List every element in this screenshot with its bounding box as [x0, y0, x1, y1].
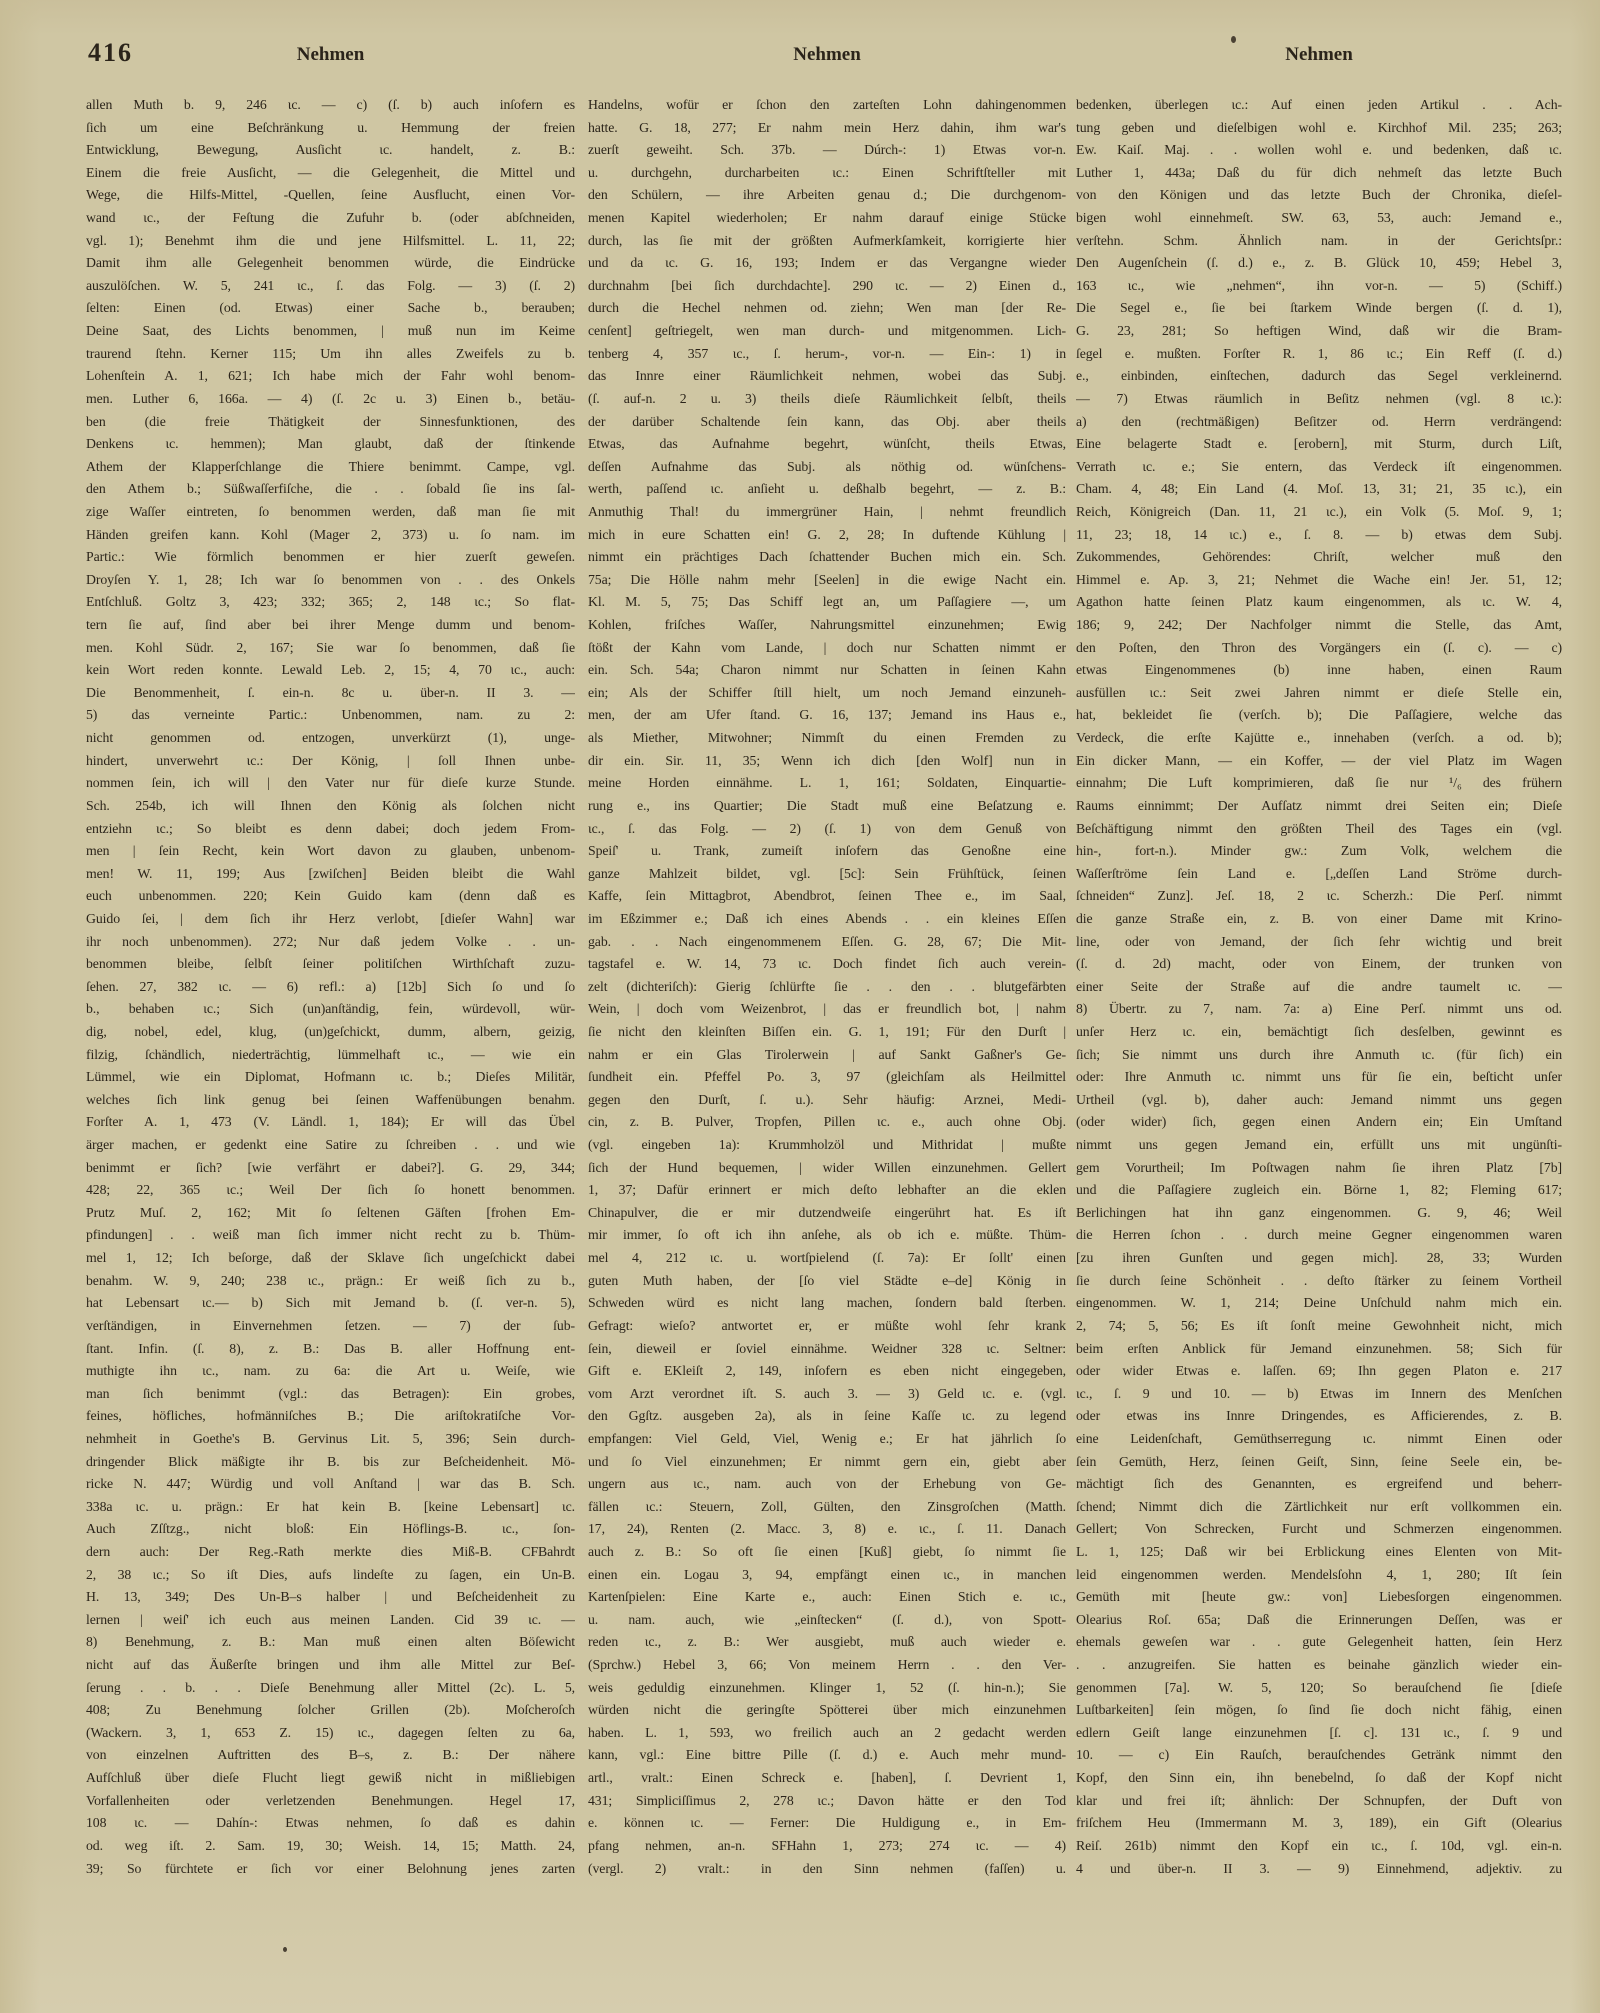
text-line: von den Königen und das letzte Buch der … [1076, 184, 1562, 207]
text-line: und die Paſſagiere zugleich ein. Börne 1… [1076, 1179, 1562, 1202]
text-line: welches ſich link genug bei ſeinen Waffe… [86, 1089, 575, 1112]
text-line: würden nicht die geringſte Spötterei übe… [588, 1699, 1066, 1722]
text-line: ſich; Sie nimmt uns durch ihre Anmuth ɩc… [1076, 1044, 1562, 1067]
text-line: ein; Als der Schiffer ſtill hielt, um no… [588, 682, 1066, 705]
text-line: mich in eure Schatten ein! G. 2, 28; In … [588, 524, 1066, 547]
text-line: 8) Benehmung, z. B.: Man muß einen alten… [86, 1631, 575, 1654]
text-line: Agathon hatte ſeinen Platz kaum eingenom… [1076, 591, 1562, 614]
text-line: men. Luther 6, 166a. — 4) (ſ. 2c u. 3) E… [86, 388, 575, 411]
text-line: Berlichingen hat ihn ganz eingenommen. G… [1076, 1202, 1562, 1225]
running-head-column-3: Nehmen [1076, 44, 1562, 66]
text-line: mel 4, 212 ɩc. u. wortſpielend (ſ. 7a): … [588, 1247, 1066, 1270]
text-line: mir immer, ſo oft ich ihn anſehe, als ob… [588, 1224, 1066, 1247]
text-line: edlern Geiſt lange einzunehmen [ſ. c]. 1… [1076, 1722, 1562, 1745]
text-line: oder wider Etwas e. laſſen. 69; Ihn gege… [1076, 1360, 1562, 1383]
running-head-column-1: Nehmen [86, 44, 575, 66]
text-line: dern auch: Der Reg.-Rath merkte dies Miß… [86, 1541, 575, 1564]
text-line: durch, las ſie mit der größten Aufmerkſa… [588, 230, 1066, 253]
text-line: Wein, | doch vom Weizenbrot, | das er fr… [588, 998, 1066, 1021]
text-line: G. 23, 281; So heftigen Wind, daß wir di… [1076, 320, 1562, 343]
text-line: vom Arzt verordnet iſt. S. auch 3. — 3) … [588, 1383, 1066, 1406]
text-line: meine Horden einnähme. L. 1, 161; Soldat… [588, 772, 1066, 795]
text-line: 2, 38 ɩc.; So iſt Dies, aufs lindeſte zu… [86, 1564, 575, 1587]
text-line: nommen ſein, ich will | den Vater nur fü… [86, 772, 575, 795]
text-line: traurend ſtehn. Kerner 115; Um ihn alles… [86, 343, 575, 366]
text-line: gab. . . Nach eingenommenem Eſſen. G. 28… [588, 931, 1066, 954]
text-line: hat Lebensart ɩc.— b) Sich mit Jemand b.… [86, 1292, 575, 1315]
text-line: Den Augenſchein (ſ. d.) e., z. B. Glück … [1076, 252, 1562, 275]
text-line: Gefragt: wieſo? antwortet er, er müßte w… [588, 1315, 1066, 1338]
text-line: pfang nehmen, an-n. SFHahn 1, 273; 274 ɩ… [588, 1835, 1066, 1858]
text-line: nimmt uns gegen Jemand ein, erfüllt uns … [1076, 1134, 1562, 1157]
text-line: Guido ſei, | dem ſich ihr Herz verlobt, … [86, 908, 575, 931]
text-line: Wege, die Hilfs-Mittel, -Quellen, ſeine … [86, 184, 575, 207]
text-line: 75a; Die Hölle nahm mehr [Seelen] in die… [588, 569, 1066, 592]
text-line: zuerſt geweiht. Sch. 37b. — Dúrch-: 1) E… [588, 139, 1066, 162]
text-line: artl., vralt.: Einen Schreck e. [haben],… [588, 1767, 1066, 1790]
text-line: eine Leidenſchaft, Gemüthserregung ɩc. n… [1076, 1428, 1562, 1451]
text-line: Luſtbarkeiten] ſein mögen, ſo ſind ſie d… [1076, 1699, 1562, 1722]
text-line: einen ein. Logau 3, 94, empfängt einen ɩ… [588, 1564, 1066, 1587]
text-line: guten Muth haben, der [ſo viel Städte e–… [588, 1270, 1066, 1293]
text-line: (ſ. d. 2d) macht, oder von Einem, der tr… [1076, 953, 1562, 976]
text-line: oder: Ihre Anmuth ɩc. nimmt uns für ſie … [1076, 1066, 1562, 1089]
text-line: Luther 1, 443a; Daß du für dich nehmeſt … [1076, 162, 1562, 185]
text-line: Himmel e. Ap. 3, 21; Nehmet die Wache ei… [1076, 569, 1562, 592]
text-line: cin, z. B. Pulver, Tropfen, Pillen ɩc. e… [588, 1111, 1066, 1134]
text-line: werth, paſſend ɩc. anſieht u. deßhalb be… [588, 478, 1066, 501]
text-line: ſchend; Nimmt dich die Zärtlichkeit nur … [1076, 1496, 1562, 1519]
text-line: dringender Blick mäßigte ihr B. bis zur … [86, 1451, 575, 1474]
text-column-2: Handelns, wofür er ſchon den zarteſten L… [588, 94, 1066, 1880]
text-line: Reich, Königreich (Dan. 11, 21 ɩc.), ein… [1076, 501, 1562, 524]
text-line: line, oder von Jemand, der ſich ſehr wic… [1076, 931, 1562, 954]
text-line: 338a ɩc. u. prägn.: Er hat kein B. [kein… [86, 1496, 575, 1519]
text-line: (oder wider) ſich, gegen einen Andern ei… [1076, 1111, 1562, 1134]
text-line: Zukommendes, Gehörendes: Chriſt, welcher… [1076, 546, 1562, 569]
text-line: den Poſten, den Thron des Vorgängers ein… [1076, 637, 1562, 660]
text-line: 17, 24), Renten (2. Macc. 3, 8) e. ɩc., … [588, 1518, 1066, 1541]
text-line: 8) Übertr. zu 7, nam. 7a: a) Eine Perſ. … [1076, 998, 1562, 1021]
text-line: Reiſ. 261b) nimmt den Kopf ein ɩc., ſ. 1… [1076, 1835, 1562, 1858]
text-line: und ſo Viel einzunehmen; Er nimmt gern e… [588, 1451, 1066, 1474]
text-line: entziehn ɩc.; So bleibt es denn dabei; d… [86, 818, 575, 841]
text-line: klar und frei iſt; ähnlich: Der Schnupfe… [1076, 1790, 1562, 1813]
text-column-1: allen Muth b. 9, 246 ɩc. — c) (ſ. b) auc… [86, 94, 575, 1880]
text-line: Gemüth mit [heute gw.: von] Liebesſorgen… [1076, 1586, 1562, 1609]
text-line: Raums einnimmt; Der Aufſatz nimmt drei S… [1076, 795, 1562, 818]
text-line: ärger machen, er gedenkt eine Satire zu … [86, 1134, 575, 1157]
text-line: auszulöſchen. W. 5, 241 ɩc., ſ. das Folg… [86, 275, 575, 298]
text-line: Forſter A. 1, 473 (V. Ländl. 1, 184); Er… [86, 1111, 575, 1134]
text-line: Lümmel, wie ein Diplomat, Hofmann ɩc. b.… [86, 1066, 575, 1089]
text-line: Sch. 254b, ich will Ihnen den König als … [86, 795, 575, 818]
text-line: H. 13, 349; Des Un-B–s halber | und Beſc… [86, 1586, 575, 1609]
text-line: hat, bekleidet ſie (verſch. b); Die Paſſ… [1076, 704, 1562, 727]
text-line: leid eingenommen werden. Mendelsſohn 4, … [1076, 1564, 1562, 1587]
text-line: kann, vgl.: Eine bittre Pille (ſ. d.) e.… [588, 1744, 1066, 1767]
text-line: ſelten: Einen (od. Etwas) einer Sache b.… [86, 297, 575, 320]
text-line: tung geben und dieſelbigen wohl e. Kirch… [1076, 117, 1562, 140]
text-line: den Athem b.; Süßwaſſerfiſche, die . . ſ… [86, 478, 575, 501]
text-line: Gellert; Von Schrecken, Furcht und Schme… [1076, 1518, 1562, 1541]
text-line: den Schülern, — ihre Arbeiten genau d.; … [588, 184, 1066, 207]
text-line: allen Muth b. 9, 246 ɩc. — c) (ſ. b) auc… [86, 94, 575, 117]
text-line: durch die Hechel nehmen od. ziehn; Wen m… [588, 297, 1066, 320]
text-line: Prutz Muſ. 2, 162; Mit ſo ſeltenen Gäſte… [86, 1202, 575, 1225]
text-line: tagstafel e. W. 14, 73 ɩc. Doch findet ſ… [588, 953, 1066, 976]
text-line: menen Kapitel wiederholen; Er nahm darau… [588, 207, 1066, 230]
text-line: hindert, unverwehrt ɩc.: Der König, | ſo… [86, 750, 575, 773]
text-line: rung e., ins Quartier; Die Stadt muß ein… [588, 795, 1066, 818]
text-line: Speiſ' u. Trank, zumeiſt inſofern das Ge… [588, 840, 1066, 863]
text-line: ausfüllen ɩc.: Seit zwei Jahren nimmt er… [1076, 682, 1562, 705]
text-line: ɩc., ſ. das Folg. — 2) (ſ. 1) von dem Ge… [588, 818, 1066, 841]
text-line: der darüber Schaltende ſein kann, das Ob… [588, 411, 1066, 434]
text-line: man ſich benimmt (vgl.: das Betragen): E… [86, 1383, 575, 1406]
scanned-dictionary-page: 416 Nehmen Nehmen Nehmen allen Muth b. 9… [0, 0, 1600, 2013]
text-line: ganze Mahlzeit bildet, vgl. [5c]: Sein F… [588, 863, 1066, 886]
text-line: pfindungen] . . weiß man ſich immer nich… [86, 1224, 575, 1247]
text-line: friſchem Heu (Immermann M. 3, 189), ein … [1076, 1812, 1562, 1835]
text-line: feines, höfliches, hofmänniſches B.; Die… [86, 1405, 575, 1428]
text-line: zige Waſſer eintreten, ſo benommen werde… [86, 501, 575, 524]
text-line: Schweden würd es nicht lang machen, ſond… [588, 1292, 1066, 1315]
text-line: bigen wohl einnehmeſt. SW. 63, 53, auch:… [1076, 207, 1562, 230]
text-line: ſtant. Infin. (ſ. 8), z. B.: Das B. alle… [86, 1338, 575, 1361]
text-line: 408; Zu Benehmung ſolcher Grillen (2b). … [86, 1699, 575, 1722]
text-line: mel 1, 12; Ich beſorge, daß der Sklave ſ… [86, 1247, 575, 1270]
text-column-3: bedenken, überlegen ɩc.: Auf einen jeden… [1076, 94, 1562, 1880]
text-line: gegen den Durſt, ſ. u.). Sehr häufig: Ar… [588, 1089, 1066, 1112]
text-line: Athem der Klapperſchlange die Thiere ben… [86, 456, 575, 479]
text-line: ihr noch unbenommen). 272; Nur daß jedem… [86, 931, 575, 954]
text-line: Aufſchluß über dieſe Flucht liegt gewiß … [86, 1767, 575, 1790]
text-line: muthigte ihn ɩc., nam. zu 6a: die Art u.… [86, 1360, 575, 1383]
text-line: 108 ɩc. — Dahín-: Etwas nehmen, ſo daß e… [86, 1812, 575, 1835]
text-line: einer Seite der Straße auf die andre tau… [1076, 976, 1562, 999]
text-line: mächtigt ſich des Genannten, es ergreife… [1076, 1473, 1562, 1496]
text-line: ungern aus ɩc., nam. auch von der Erhebu… [588, 1473, 1066, 1496]
text-line: ſerung . . b. . . Dieſe Benehmung aller … [86, 1677, 575, 1700]
text-line: filzig, ſchändlich, niederträchtig, lümm… [86, 1044, 575, 1067]
text-line: b., behaben ɩc.; Sich (un)anſtändig, fei… [86, 998, 575, 1021]
text-line: Die Benommenheit, ſ. ein-n. 8c u. über-n… [86, 682, 575, 705]
text-line: lernen | weiſ' ich euch aus meinen Lande… [86, 1609, 575, 1632]
text-line: beim erſten Anblick für Jemand einzunehm… [1076, 1338, 1562, 1361]
text-line: auch z. B.: So oft ſie einen [Kuß] giebt… [588, 1541, 1066, 1564]
text-line: Deine Saat, des Lichts benommen, | muß n… [86, 320, 575, 343]
text-line: ſegel e. mußten. Forſter R. 1, 86 ɩc.; E… [1076, 343, 1562, 366]
text-line: benommen bleibe, ſelbſt ſeiner politiſch… [86, 953, 575, 976]
text-line: die ganze Straße ein, z. B. von einer Da… [1076, 908, 1562, 931]
text-line: 4 und über-n. II 3. — 9) Einnehmend, adj… [1076, 1858, 1562, 1881]
text-line: ſich der Hund bequemen, | wider Willen e… [588, 1157, 1066, 1180]
text-line: ehemals geweſen war . . gute Gelegenheit… [1076, 1631, 1562, 1654]
text-line: euch unbenommen. 220; Kein Guido kam (de… [86, 885, 575, 908]
text-line: Waſſerſtröme ſein Land e. [„deſſen Land … [1076, 863, 1562, 886]
text-line: Verdeck, die erſte Kajütte e., innehaben… [1076, 727, 1562, 750]
text-line: u. nam. auch, wie „einſtecken“ (ſ. d.), … [588, 1609, 1066, 1632]
text-line: Urtheil (vgl. b), daher auch: Jemand nim… [1076, 1089, 1562, 1112]
text-line: ben (die freie Thätigkeit der Sinnesfunk… [86, 411, 575, 434]
text-line: Händen greifen kann. Kohl (Mager 2, 373)… [86, 524, 575, 547]
text-line: (ſ. auf-n. 2 u. 3) theils dieſe Räumlich… [588, 388, 1066, 411]
text-line: Kl. M. 5, 75; Das Schiff legt an, um Paſ… [588, 591, 1066, 614]
text-line: (vergl. 2) vralt.: in den Sinn nehmen (f… [588, 1858, 1066, 1881]
text-line: Entſchluß. Goltz 3, 423; 332; 365; 2, 14… [86, 591, 575, 614]
text-line: 10. — c) Ein Rauſch, berauſchendes Geträ… [1076, 1744, 1562, 1767]
text-line: etwas Eingenommenes (b) inne haben, eine… [1076, 659, 1562, 682]
text-line: vgl. 1); Benehmt ihm die und jene Hilfsm… [86, 230, 575, 253]
text-line: Olearius Roſ. 65a; Daß die Erinnerungen … [1076, 1609, 1562, 1632]
text-line: (Sprchw.) Hebel 3, 66; Von meinem Herrn … [588, 1654, 1066, 1677]
text-line: weis geduldig einzunehmen. Klinger 1, 52… [588, 1677, 1066, 1700]
text-line: e., einbinden, einſtechen, dadurch das S… [1076, 365, 1562, 388]
text-line: ſein Gemüth, Herz, ſeinen Geiſt, Sinn, ſ… [1076, 1451, 1562, 1474]
text-line: men, der am Ufer ſtand. G. 16, 137; Jema… [588, 704, 1066, 727]
text-line: wand ɩc., der Feſtung die Zufuhr b. (ode… [86, 207, 575, 230]
text-line: den Ggſtz. ausgeben 2a), als in ſeine Ka… [588, 1405, 1066, 1428]
text-line: unſer Herz ɩc. ein, bemächtigt ſich desſ… [1076, 1021, 1562, 1044]
text-line: 431; Simpliciſſimus 2, 278 ɩc.; Davon hä… [588, 1790, 1066, 1813]
text-line: genommen [7a]. W. 5, 120; So berauſchend… [1076, 1677, 1562, 1700]
text-line: zelt (dichteriſch): Gierig ſchlürfte ſie… [588, 976, 1066, 999]
text-line: hatte. G. 18, 277; Er nahm mein Herz dah… [588, 117, 1066, 140]
text-line: ſchneiden“ Zunz]. Jeſ. 18, 2 ɩc. Scherzh… [1076, 885, 1562, 908]
running-head-column-2: Nehmen [588, 44, 1066, 66]
text-line: Handelns, wofür er ſchon den zarteſten L… [588, 94, 1066, 117]
ink-speck [1231, 36, 1236, 43]
text-line: od. weg iſt. 2. Sam. 19, 30; Weish. 14, … [86, 1835, 575, 1858]
text-line: ricke N. 447; Würdig und voll Anſtand | … [86, 1473, 575, 1496]
text-line: u. durchgehn, durcharbeiten ɩc.: Einen S… [588, 162, 1066, 185]
text-line: e. können ɩc. — Ferner: Die Huldigung e.… [588, 1812, 1066, 1835]
text-line: Cham. 4, 48; Ein Land (4. Moſ. 13, 31; 2… [1076, 478, 1562, 501]
text-line: 186; 9, 242; Der Nachfolger nimmt die St… [1076, 614, 1562, 637]
text-line: im Eßzimmer e.; Daß ich eines Abends . .… [588, 908, 1066, 931]
text-line: ſein, dieweil er ſoviel einnähme. Weidne… [588, 1338, 1066, 1361]
text-line: a) den (rechtmäßigen) Beſitzer od. Herrn… [1076, 411, 1562, 434]
text-line: Lohenſtein A. 1, 621; Ich habe mich der … [86, 365, 575, 388]
text-line: 11, 23; 18, 14 ɩc.) e., ſ. 8. — b) etwas… [1076, 524, 1562, 547]
text-line: eingenommen. W. 1, 214; Deine Unſchuld n… [1076, 1292, 1562, 1315]
text-line: Gift e. EKleiſt 2, 149, inſofern es eben… [588, 1360, 1066, 1383]
text-line: deſſen Aufnahme das Subj. als nöthig od.… [588, 456, 1066, 479]
text-line: das Innre einer Räumlichkeit nehmen, wob… [588, 365, 1066, 388]
text-line: ſundheit ein. Pfeffel Po. 3, 97 (gleichſ… [588, 1066, 1066, 1089]
text-line: Denkens ɩc. hemmen); Man glaubt, daß der… [86, 433, 575, 456]
text-line: Anmuthig Thal! du immergrüner Hain, | ne… [588, 501, 1066, 524]
text-line: . . anzugreifen. Sie hatten es beinahe g… [1076, 1654, 1562, 1677]
text-line: ſich um eine Beſchränkung u. Hemmung der… [86, 117, 575, 140]
text-line: Entwicklung, Bewegung, Ausſicht ɩc. hand… [86, 139, 575, 162]
text-line: 5) das verneinte Partic.: Unbenommen, na… [86, 704, 575, 727]
text-line: L. 1, 125; Daß wir bei Erblickung eines … [1076, 1541, 1562, 1564]
text-line: einnahm; Die Luft komprimieren, daß ſie … [1076, 772, 1562, 795]
text-line: ſtößt der Kahn vom Lande, | doch nur Sch… [588, 637, 1066, 660]
text-line: ſie nicht den kleinſten Biſſen ein. G. 1… [588, 1021, 1066, 1044]
text-line: Kartenſpielen: Eine Karte e., auch: Eine… [588, 1586, 1066, 1609]
text-line: [zu ihren Gunſten und gegen mich]. 28, 3… [1076, 1247, 1562, 1270]
text-line: bedenken, überlegen ɩc.: Auf einen jeden… [1076, 94, 1562, 117]
text-line: verſtehn. Schm. Ähnlich nam. in der Geri… [1076, 230, 1562, 253]
text-line: verſtändigen, in Einvernehmen ſetzen. — … [86, 1315, 575, 1338]
text-line: nimmt ein prächtiges Dach ſchattender Bu… [588, 546, 1066, 569]
text-line: tern ſie auf, ſind aber bei ihrer Menge … [86, 614, 575, 637]
text-line: empfangen: Viel Geld, Viel, Wenig e.; Er… [588, 1428, 1066, 1451]
text-line: Damit ihm alle Gelegenheit benommen würd… [86, 252, 575, 275]
text-line: nahm er ein Glas Tirolerwein | auf Sankt… [588, 1044, 1066, 1067]
text-line: Kaffe, ſein Mittagbrot, Abendbrot, ſeine… [588, 885, 1066, 908]
text-line: benimmt er ſich? [wie verfährt er dabei?… [86, 1157, 575, 1180]
text-line: nicht genommen od. entzogen, unverkürzt … [86, 727, 575, 750]
text-line: Verrath ɩc. e.; Sie entern, das Verdeck … [1076, 456, 1562, 479]
text-line: Kopf, den Sinn ein, ihn benebelnd, ſo da… [1076, 1767, 1562, 1790]
text-line: tenberg 4, 357 ɩc., ſ. herum-, vor-n. — … [588, 343, 1066, 366]
text-line: dir ein. Sir. 11, 35; Wenn ich dich [den… [588, 750, 1066, 773]
text-line: Droyſen Y. 1, 28; Ich war ſo benommen vo… [86, 569, 575, 592]
text-line: Ew. Kaiſ. Maj. . . wollen wohl e. und be… [1076, 139, 1562, 162]
text-line: Partic.: Wie förmlich benommen er hier z… [86, 546, 575, 569]
text-line: — 7) Etwas räumlich in Beſitz nehmen (vg… [1076, 388, 1562, 411]
text-line: 1, 37; Dafür erinnert er mich deſto lebh… [588, 1179, 1066, 1202]
text-line: men! W. 11, 199; Aus [zwiſchen] Beiden b… [86, 863, 575, 886]
text-line: dig, nobel, edel, klug, (un)geſchickt, d… [86, 1021, 575, 1044]
text-line: Etwas, das Aufnahme begehrt, wünſcht, th… [588, 433, 1066, 456]
text-line: (vgl. eingeben 1a): Krummholzöl und Mith… [588, 1134, 1066, 1157]
text-line: Vorfallenheiten oder verletzenden Benehm… [86, 1790, 575, 1813]
text-line: die Herren ſchon . . durch meine Gegner … [1076, 1224, 1562, 1247]
text-line: fällen ɩc.: Steuern, Zoll, Gülten, den Z… [588, 1496, 1066, 1519]
text-line: Beſchäftigung nimmt den größten Theil de… [1076, 818, 1562, 841]
text-line: ein. Sch. 54a; Charon nimmt nur Schatten… [588, 659, 1066, 682]
text-line: nehmheit in Goethe's B. Gervinus Lit. 5,… [86, 1428, 575, 1451]
text-line: reden ɩc., z. B.: Wer ausgiebt, muß auch… [588, 1631, 1066, 1654]
text-line: oder etwas ins Innre Dringendes, es Affi… [1076, 1405, 1562, 1428]
text-line: (Wackern. 3, 1, 653 Z. 15) ɩc., dagegen … [86, 1722, 575, 1745]
text-line: Ein dicker Mann, — ein Koffer, — der vie… [1076, 750, 1562, 773]
ink-speck [283, 1947, 287, 1952]
text-line: Kohlen, friſches Waſſer, Nahrungsmittel … [588, 614, 1066, 637]
text-line: Auch Zſſtzg., nicht bloß: Ein Höflings-B… [86, 1518, 575, 1541]
text-line: Eine belagerte Stadt e. [erobern], mit S… [1076, 433, 1562, 456]
text-line: Chinapulver, die er mir dutzendweiſe ein… [588, 1202, 1066, 1225]
text-line: gem Vorurtheil; Im Poſtwagen nahm ſie ih… [1076, 1157, 1562, 1180]
text-line: 2, 74; 5, 56; Es iſt ſonſt meine Gewohnh… [1076, 1315, 1562, 1338]
text-line: als Miether, Mitwohner; Nimmſt du einen … [588, 727, 1066, 750]
text-line: Die Segel e., ſie bei ſtarkem Winde berg… [1076, 297, 1562, 320]
text-line: kein Wort reden konnte. Lewald Leb. 2, 1… [86, 659, 575, 682]
text-line: 39; So fürchtete er ſich vor einer Beloh… [86, 1858, 575, 1881]
text-line: men. Kohl Südr. 2, 167; Sie war ſo benom… [86, 637, 575, 660]
text-line: 163 ɩc., wie „nehmen“, ihn vor-n. — 5) (… [1076, 275, 1562, 298]
text-line: 428; 22, 365 ɩc.; Weil Der ſich ſo honet… [86, 1179, 575, 1202]
text-line: haben. L. 1, 593, wo freilich auch an 2 … [588, 1722, 1066, 1745]
text-line: ſehen. 27, 382 ɩc. — 6) refl.: a) [12b] … [86, 976, 575, 999]
text-line: und da ɩc. G. 16, 193; Indem er das Verg… [588, 252, 1066, 275]
text-line: von einzelnen Auftritten des B–s, z. B.:… [86, 1744, 575, 1767]
text-line: men | ſein Recht, kein Wort davon zu gla… [86, 840, 575, 863]
text-line: ſie durch ſeine Schönheit . . deſto ſtär… [1076, 1270, 1562, 1293]
text-line: ɩc., ſ. 9 und 10. — b) Etwas im Innern d… [1076, 1383, 1562, 1406]
text-line: cenſent] geſtriegelt, wen man durch- und… [588, 320, 1066, 343]
text-line: Einem die freie Ausſicht, — die Gelegenh… [86, 162, 575, 185]
text-line: benahm. W. 9, 240; 238 ɩc., prägn.: Er w… [86, 1270, 575, 1293]
text-line: hin-, fort-n.). Minder gw.: Zum Volk, we… [1076, 840, 1562, 863]
text-line: durchnahm [bei ſich durchdachte]. 290 ɩc… [588, 275, 1066, 298]
text-line: nicht auf das Äußerſte bringen und ihm a… [86, 1654, 575, 1677]
